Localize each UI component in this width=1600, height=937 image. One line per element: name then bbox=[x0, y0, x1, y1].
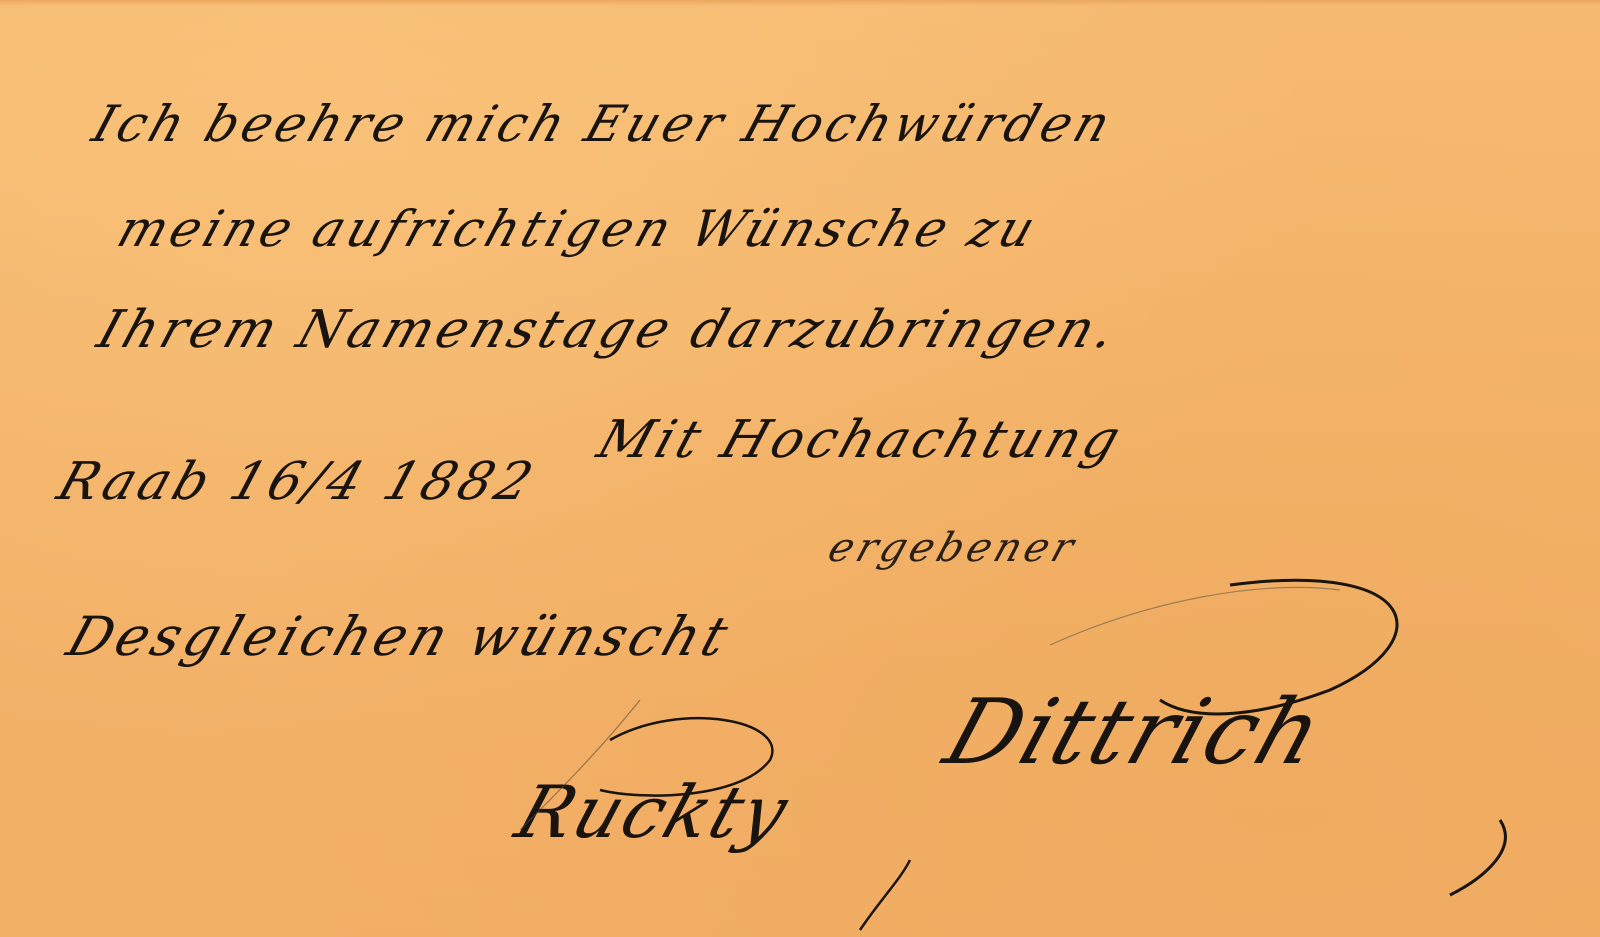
body-line-1: Ich beehre mich Euer Hochwürden bbox=[86, 95, 1122, 153]
postscript: Desgleichen wünscht bbox=[60, 605, 740, 668]
signature-1: Ruckty bbox=[506, 770, 799, 854]
closing: Mit Hochachtung bbox=[590, 410, 1131, 470]
place-date: Raab 16/4 1882 bbox=[50, 452, 543, 512]
postcard: Ich beehre mich Euer Hochwürden meine au… bbox=[0, 0, 1600, 937]
body-line-2: meine aufrichtigen Wünsche zu bbox=[111, 200, 1047, 258]
paper-edge bbox=[0, 0, 1600, 6]
closing-ergebener: ergebener bbox=[823, 525, 1084, 571]
body-line-3: Ihrem Namenstage darzubringen. bbox=[90, 300, 1127, 360]
signature-2: Dittrich bbox=[933, 680, 1337, 785]
